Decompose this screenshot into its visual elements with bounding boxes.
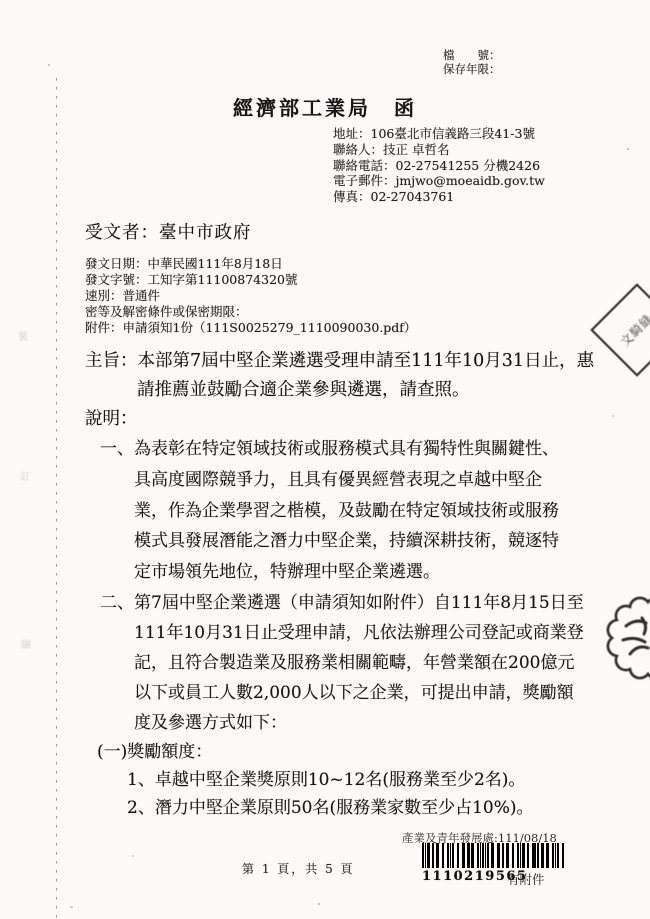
subject-line-2: 請推薦並鼓勵合適企業參與遴選，請查照。 <box>137 376 470 401</box>
scan-speck <box>612 415 614 417</box>
body-line: 111年10月31日止受理申請，凡依法辦理公司登記或商業登 <box>134 618 584 643</box>
barcode <box>422 843 567 868</box>
scan-speck <box>318 903 320 905</box>
sender-fax: 傳真：02-27043761 <box>333 189 545 205</box>
body-line: 度及參選方式如下： <box>134 708 287 733</box>
flower-seal-stamp <box>590 592 650 684</box>
body-line: 一、為表彰在特定領域技術或服務模式具有獨特性與關鍵性、 <box>100 434 559 459</box>
sender-address: 地址：106臺北市信義路三段41-3號 <box>333 126 545 142</box>
body-line: 業，作為企業學習之楷模，及鼓勵在特定領域技術或服務 <box>134 496 559 521</box>
binding-dotted-line <box>56 78 57 919</box>
body-line: (一)獎勵額度： <box>97 737 212 762</box>
body-line: 具高度國際競爭力，且具有優異經營表現之卓越中堅企 <box>134 465 542 490</box>
sender-email: 電子郵件：jmjwo@moeaidb.gov.tw <box>333 173 545 189</box>
corner-seal-text: 文騎縫 <box>617 310 650 350</box>
scan-speck <box>48 64 50 66</box>
dispatch-speed: 速別：普通件 <box>85 288 416 304</box>
recipient-line: 受文者：臺中市政府 <box>85 219 252 244</box>
scan-speck <box>627 148 629 150</box>
body-line: 2、潛力中堅企業原則50名(服務業家數至少占10%)。 <box>127 793 534 818</box>
body-line: 記，且符合製造業及服務業相關範疇，年營業額在200億元 <box>134 648 574 673</box>
sender-contact-person: 聯絡人：技正 卓哲名 <box>333 142 545 158</box>
sender-phone: 聯絡電話：02-27541255 分機2426 <box>333 158 545 174</box>
dispatch-meta-block: 發文日期：中華民國111年8月18日 發文字號：工知字第11100874320號… <box>85 256 416 336</box>
dispatch-attachment: 附件：申請須知1份（111S0025279_1110090030.pdf） <box>85 320 416 336</box>
body-line: 以下或員工人數2,000人以下之企業，可提出申請，獎勵額 <box>134 678 574 703</box>
page-number-footer: 第 1 頁，共 5 頁 <box>242 860 355 877</box>
corner-seal-stamp: 文騎縫 <box>590 283 650 376</box>
sender-contact-block: 地址：106臺北市信義路三段41-3號 聯絡人：技正 卓哲名 聯絡電話：02-2… <box>333 126 545 205</box>
binding-char-xian: 線 <box>21 636 31 651</box>
subject-line-1: 主旨：本部第7屆中堅企業遴選受理申請至111年10月31日止，惠 <box>85 347 594 372</box>
scanned-letter-page: 裝 訂 線 檔 號： 保存年限： 經濟部工業局 函 地址：106臺北市信義路三段… <box>0 0 650 919</box>
file-number-label: 檔 號： <box>443 48 501 62</box>
body-line: 定市場領先地位，特辦理中堅企業遴選。 <box>134 557 440 582</box>
attachment-note: 有附件 <box>507 870 545 888</box>
dispatch-number: 發文字號：工知字第11100874320號 <box>85 272 416 288</box>
document-title: 經濟部工業局 函 <box>0 92 650 121</box>
dispatch-date: 發文日期：中華民國111年8月18日 <box>85 256 416 272</box>
binding-char-ding: 訂 <box>20 468 30 483</box>
binding-char-zhuang: 裝 <box>18 328 28 343</box>
archive-block: 檔 號： 保存年限： <box>443 48 501 76</box>
dispatch-secrecy: 密等及解密條件或保密期限： <box>85 304 416 320</box>
scan-speck <box>132 855 134 857</box>
flower-seal-outline <box>590 592 650 684</box>
body-line: 二、第7屆中堅企業遴選（申請須知如附件）自111年8月15日至 <box>100 588 584 613</box>
body-line: 模式具發展潛能之潛力中堅企業，持續深耕技術，競逐特 <box>134 526 559 551</box>
retention-period-label: 保存年限： <box>443 62 501 76</box>
body-line: 1、卓越中堅企業獎原則10~12名(服務業至少2名)。 <box>127 765 525 790</box>
explanation-label: 說明： <box>85 405 138 430</box>
scan-speck <box>70 906 73 908</box>
